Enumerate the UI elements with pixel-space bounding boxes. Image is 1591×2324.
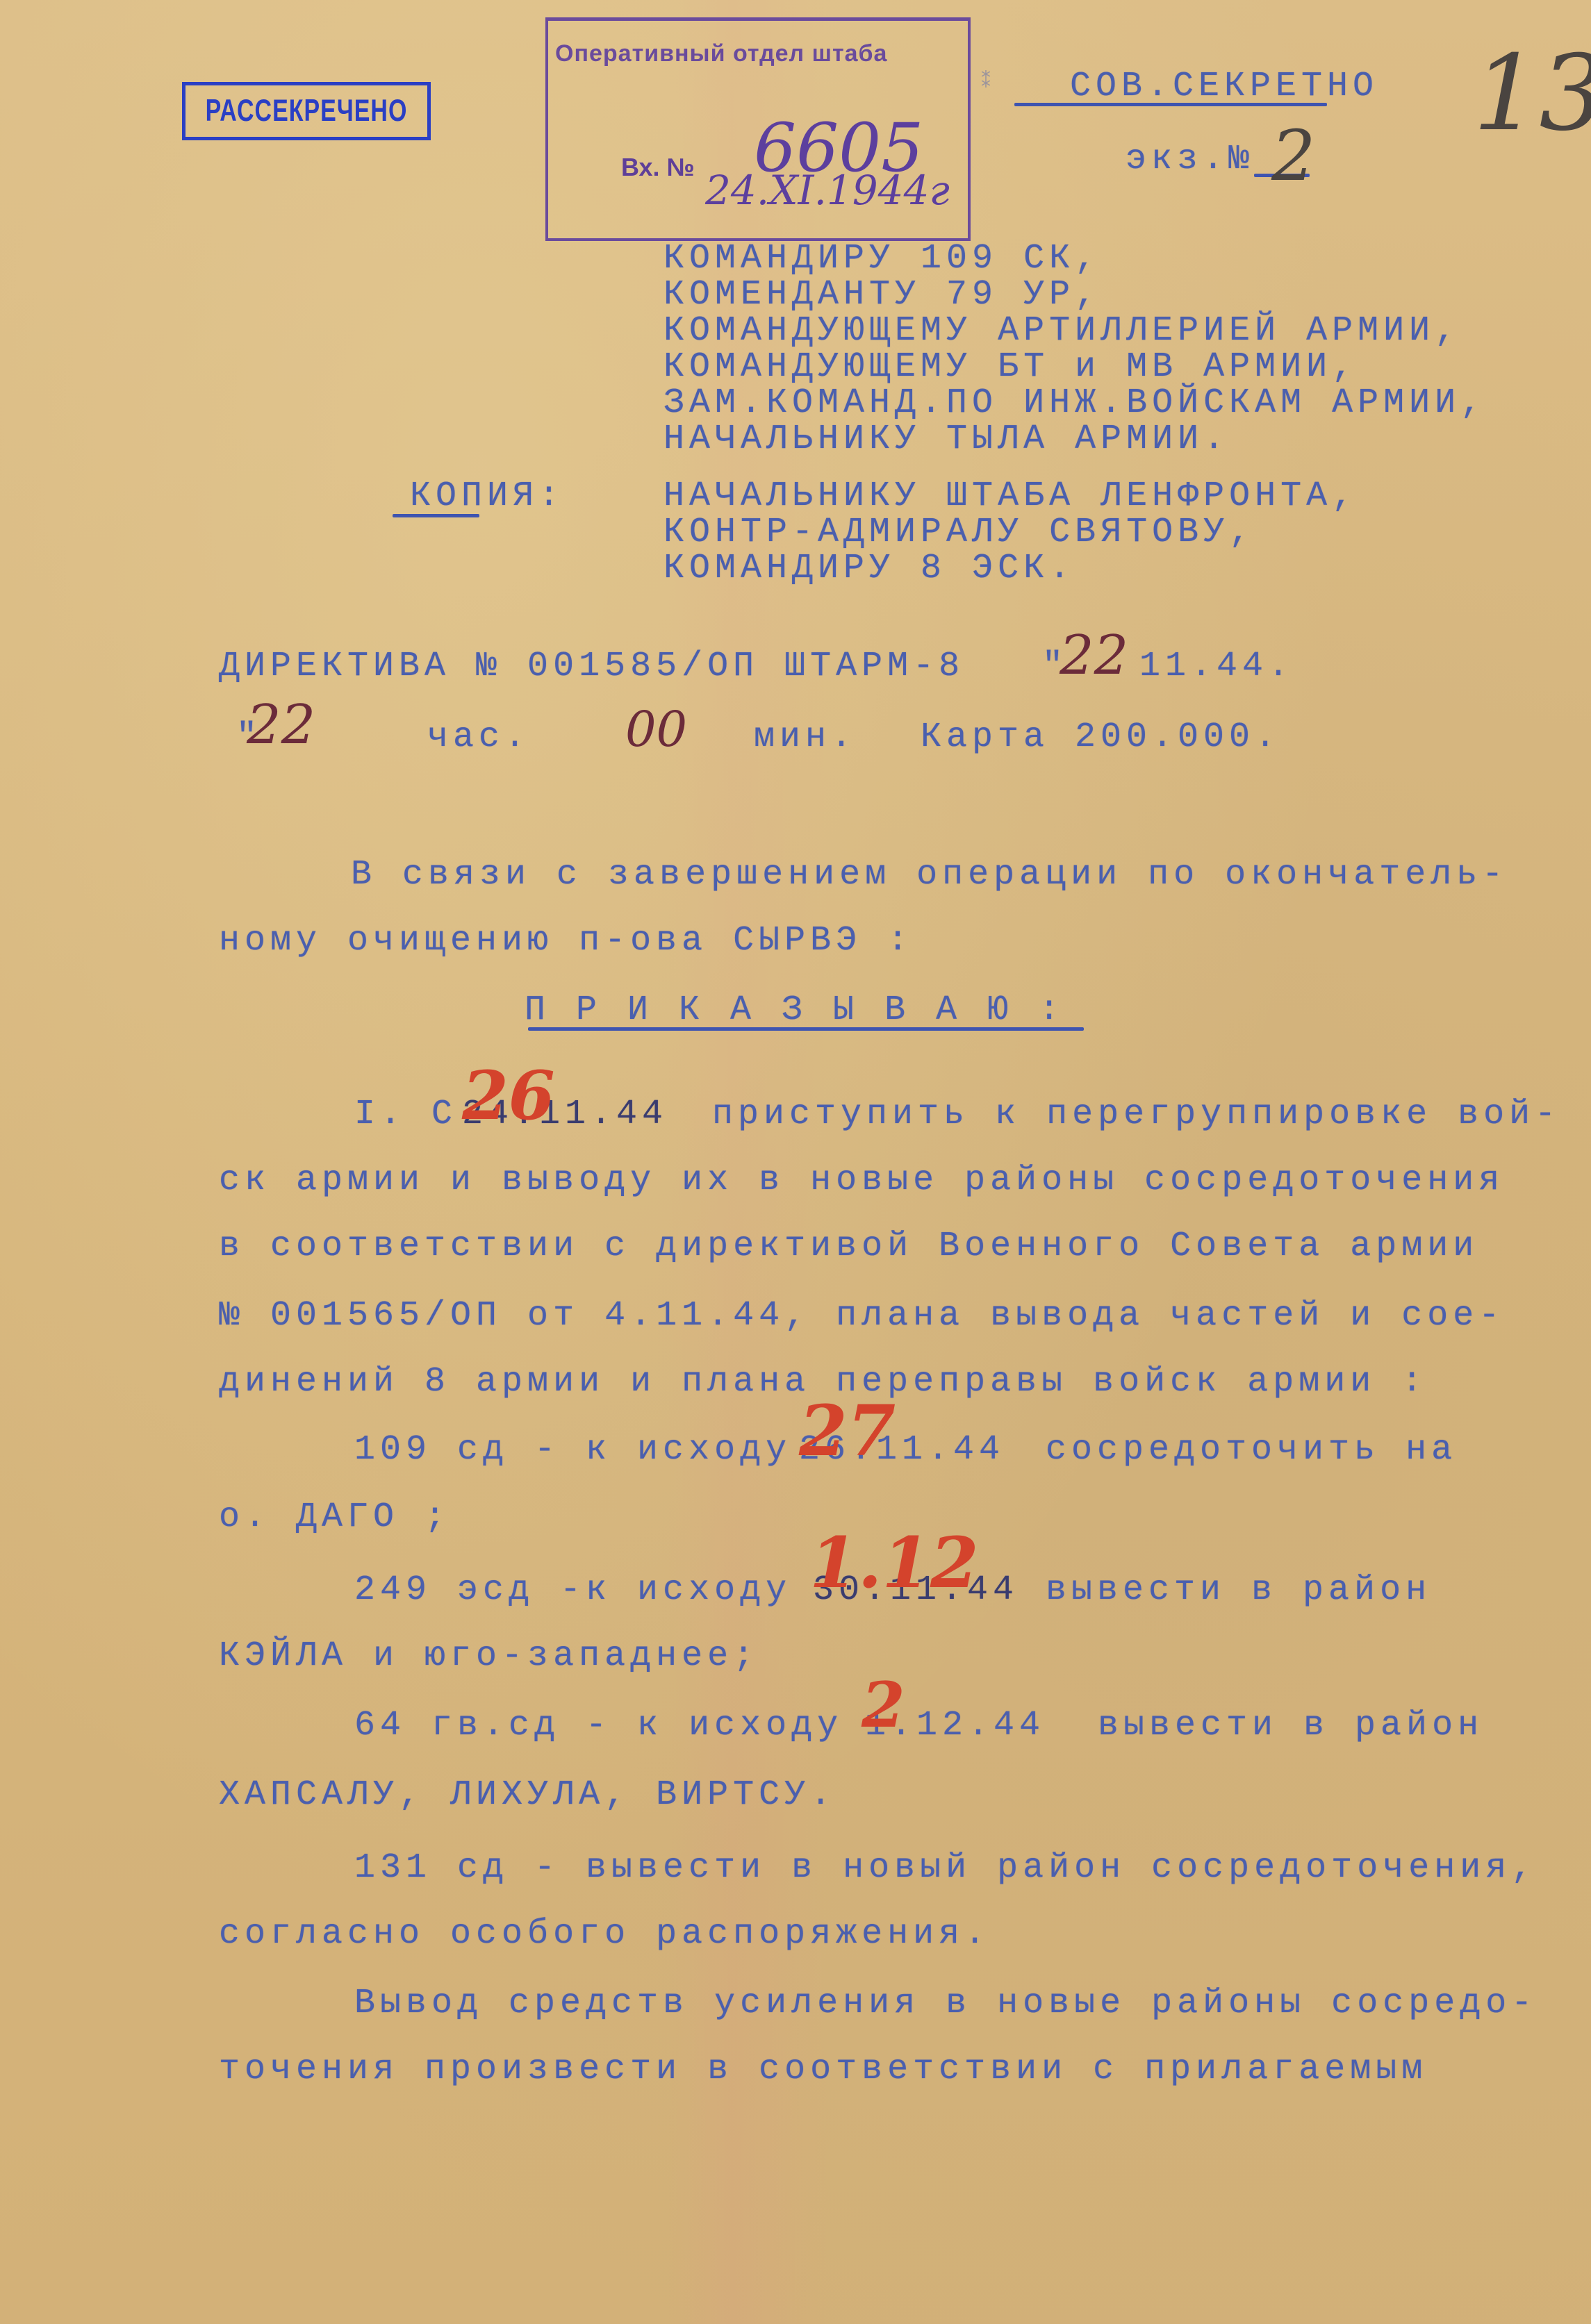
copy-number-label: экз.№ [1126, 142, 1254, 177]
incoming-label: Вх. № [621, 153, 695, 182]
directive-hour: 22 [247, 698, 315, 752]
unit-64-line-1a: 64 гв.сд - к исходу [354, 1709, 843, 1743]
unit-64-corrected-day: 2 [862, 1674, 905, 1736]
recipient: КОМЕНДАНТУ 79 УР, [663, 278, 1100, 313]
p1-line-1: приступить к перегруппировке вой- [712, 1097, 1560, 1132]
directive-number: ДИРЕКТИВА № 001585/ОП ШТАРМ-8 [219, 649, 964, 684]
unit-249-line-1a: 249 эсд -к исходу [354, 1573, 791, 1608]
margin-marks: ⁑ [981, 69, 991, 94]
directive-month-year: 11.44. [1139, 649, 1294, 684]
registry-stamp-title: Оперативный отдел штаба [555, 40, 887, 67]
copy-recipient: КОНТР-АДМИРАЛУ СВЯТОВУ, [663, 515, 1255, 550]
copy-label: КОПИЯ: [410, 479, 564, 514]
p1-line-2: ск армии и выводу их в новые районы соср… [219, 1163, 1504, 1198]
map-scale: Карта 200.000. [921, 720, 1280, 755]
recipient: КОМАНДИРУ 109 СК, [663, 242, 1100, 276]
order-word-underline [528, 1027, 1084, 1031]
declassified-stamp: РАССЕКРЕЧЕНО [182, 82, 431, 140]
unit-249-line-2: КЭЙЛА и юго-западнее; [219, 1639, 759, 1674]
page-number: 13 [1473, 42, 1591, 146]
last-para-line-2: точения произвести в соответствии с прил… [219, 2052, 1427, 2087]
copy-number: 2 [1271, 122, 1316, 191]
minute-label: мин. [754, 720, 857, 755]
copy-recipient: НАЧАЛЬНИКУ ШТАБА ЛЕНФРОНТА, [663, 479, 1358, 514]
unit-109-line-1b: сосредоточить на [1046, 1433, 1457, 1468]
copy-label-underline [393, 514, 479, 517]
unit-131-line-1: 131 сд - вывести в новый район сосредото… [354, 1851, 1537, 1886]
recipient: ЗАМ.КОМАНД.ПО ИНЖ.ВОЙСКАМ АРМИИ, [663, 386, 1486, 421]
unit-109-line-1a: 109 сд - к исходу [354, 1433, 791, 1468]
unit-64-line-1b: вывести в район [1098, 1709, 1483, 1743]
hour-label: час. [427, 720, 530, 755]
unit-249-corrected-date: 1.12 [809, 1528, 979, 1597]
recipient: НАЧАЛЬНИКУ ТЫЛА АРМИИ. [663, 422, 1229, 457]
p1-item-number: I. С [354, 1097, 457, 1132]
directive-day: 22 [1060, 629, 1128, 683]
unit-64-line-2: ХАПСАЛУ, ЛИХУЛА, ВИРТСУ. [219, 1778, 836, 1813]
registry-date: 24.XI.1944г [705, 170, 950, 210]
p1-line-3: в соответствии с директивой Военного Сов… [219, 1229, 1478, 1264]
recipient: КОМАНДУЮЩЕМУ АРТИЛЛЕРИЕЙ АРМИИ, [663, 314, 1460, 349]
p1-corrected-day: 26 [462, 1063, 555, 1129]
copy-recipient: КОМАНДИРУ 8 ЭСК. [663, 551, 1075, 586]
p1-line-4: № 001565/ОП от 4.11.44, плана вывода час… [219, 1299, 1504, 1334]
declassified-stamp-text: РАССЕКРЕЧЕНО [206, 94, 408, 129]
recipient: КОМАНДУЮЩЕМУ БТ и МВ АРМИИ, [663, 350, 1358, 385]
unit-109-corrected-day: 27 [799, 1396, 896, 1466]
unit-109-line-2: о. ДАГО ; [219, 1500, 450, 1535]
intro-line-2: ному очищению п-ова СЫРВЭ : [219, 924, 913, 958]
unit-249-line-1b: вывести в район [1046, 1573, 1431, 1608]
document-page: РАССЕКРЕЧЕНО Оперативный отдел штаба Вх.… [0, 0, 1591, 2324]
last-para-line-1: Вывод средств усиления в новые районы со… [354, 1986, 1537, 2021]
unit-131-line-2: согласно особого распоряжения. [219, 1917, 990, 1952]
directive-minute: 00 [625, 705, 687, 754]
classification-label: СОВ.СЕКРЕТНО [1070, 69, 1378, 104]
intro-line-1: В связи с завершением операции по оконча… [351, 858, 1508, 893]
classification-underline [1014, 103, 1327, 106]
order-word: П Р И К А З Ы В А Ю : [525, 993, 1064, 1028]
